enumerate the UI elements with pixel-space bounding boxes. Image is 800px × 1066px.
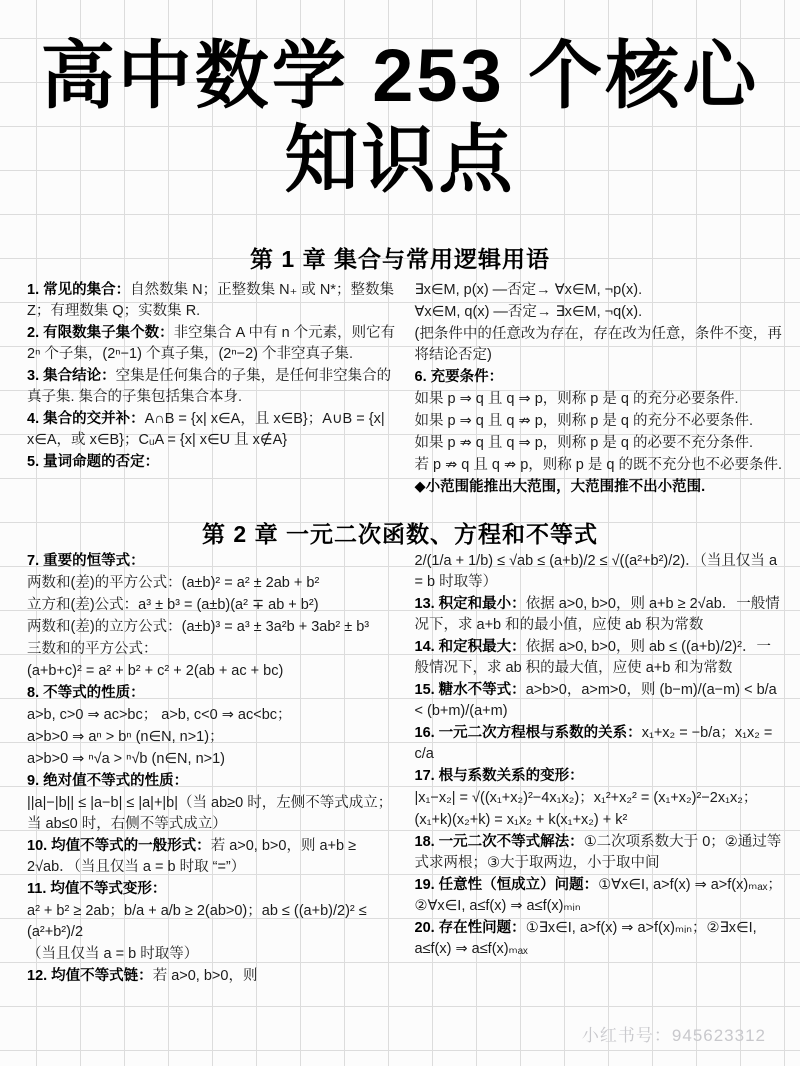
note-item-14: 14. 和定积最大：依据 a>0, b>0，则 ab ≤ ((a+b)/2)²．… (415, 637, 786, 679)
item-text: (把条件中的任意改为存在，存在改为任意，条件不变，再将结论否定) (415, 326, 782, 363)
item-label: 14. 和定积最大： (415, 639, 526, 655)
note-item-19: 19. 任意性（恒成立）问题：①∀x∈I, a>f(x) ⇒ a>f(x)ₘₐₓ… (415, 875, 786, 917)
item-label: 18. 一元二次不等式解法： (415, 834, 584, 850)
item-label: 7. 重要的恒等式： (27, 553, 145, 569)
item-text: a>b, c>0 ⇒ ac>bc； a>b, c<0 ⇒ ac<bc； (27, 707, 292, 723)
note-line-mean-chain: 2/(1/a + 1/b) ≤ √ab ≤ (a+b)/2 ≤ √((a²+b²… (415, 551, 786, 593)
note-item-18: 18. 一元二次不等式解法：①二次项系数大于 0；②通过等式求两根；③大于取两边… (415, 832, 786, 874)
note-item-1: 1. 常见的集合：自然数集 N；正整数集 N₊ 或 N*；整数集 Z；有理数集 … (27, 280, 398, 322)
note-item-20: 20. 存在性问题：①∃x∈I, a>f(x) ⇒ a>f(x)ₘᵢₙ；②∃x∈… (415, 918, 786, 960)
note-line-abs-ineq: ||a|−|b|| ≤ |a−b| ≤ |a|+|b|（当 ab≥0 时，左侧不… (27, 793, 398, 835)
item-label: 15. 糖水不等式： (415, 682, 526, 698)
note-item-9: 9. 绝对值不等式的性质： (27, 771, 398, 792)
note-line-vieta-variant-2: (x₁+k)(x₂+k) = x₁x₂ + k(x₁+x₂) + k² (415, 810, 786, 831)
note-line-mean-ineq-variants: a² + b² ≥ 2ab；b/a + a/b ≥ 2(ab>0)；ab ≤ (… (27, 901, 398, 943)
item-text: 如果 p ⇏ q 且 q ⇒ p，则称 p 是 q 的必要不充分条件. (415, 435, 754, 451)
note-line-negation-exists: ∃x∈M, p(x) —否定→ ∀x∈M, ¬p(x). (415, 280, 786, 301)
chapter1-right-column: ∃x∈M, p(x) —否定→ ∀x∈M, ¬p(x). ∀x∈M, q(x) … (415, 280, 786, 499)
item-text: (a+b+c)² = a² + b² + c² + 2(ab + ac + bc… (27, 663, 283, 679)
note-item-3: 3. 集合结论：空集是任何集合的子集，是任何非空集合的真子集. 集合的子集包括集… (27, 366, 398, 408)
xiaohongshu-id-watermark: 小红书号：945623312 (0, 1021, 766, 1046)
note-item-7: 7. 重要的恒等式： (27, 551, 398, 572)
note-item-5: 5. 量词命题的否定： (27, 452, 398, 473)
item-text: a>b>0 ⇒ aⁿ > bⁿ (n∈N, n>1)； (27, 729, 224, 745)
item-label: 4. 集合的交并补： (27, 411, 145, 427)
note-line-vieta-variant-1: |x₁−x₂| = √((x₁+x₂)²−4x₁x₂)；x₁²+x₂² = (x… (415, 788, 786, 809)
note-item-6: 6. 充要条件： (415, 367, 786, 388)
note-line-condition-1: 如果 p ⇒ q 且 q ⇒ p，则称 p 是 q 的充分必要条件. (415, 389, 786, 410)
item-text: a² + b² ≥ 2ab；b/a + a/b ≥ 2(ab>0)；ab ≤ (… (27, 903, 367, 940)
note-line-square-formula: 两数和(差)的平方公式：(a±b)² = a² ± 2ab + b² (27, 573, 398, 594)
item-label: 5. 量词命题的否定： (27, 454, 159, 470)
note-line-cube-formula: 两数和(差)的立方公式：(a±b)³ = a³ ± 3a²b + 3ab² ± … (27, 617, 398, 638)
note-line-condition-4: 若 p ⇏ q 且 q ⇏ p，则称 p 是 q 的既不充分也不必要条件. (415, 455, 786, 476)
note-item-16: 16. 一元二次方程根与系数的关系：x₁+x₂ = −b/a；x₁x₂ = c/… (415, 723, 786, 765)
chapter1-left-column: 1. 常见的集合：自然数集 N；正整数集 N₊ 或 N*；整数集 Z；有理数集 … (27, 280, 398, 499)
note-line-equality-note: （当且仅当 a = b 时取等） (27, 944, 398, 965)
note-line-cube-sum-formula: 立方和(差)公式：a³ ± b³ = (a±b)(a² ∓ ab + b²) (27, 595, 398, 616)
note-line-three-sum-title: 三数和的平方公式： (27, 639, 398, 660)
note-line-negation-forall: ∀x∈M, q(x) —否定→ ∃x∈M, ¬q(x). (415, 302, 786, 323)
note-item-12: 12. 均值不等式链：若 a>0, b>0，则 (27, 966, 398, 987)
item-label: 16. 一元二次方程根与系数的关系： (415, 725, 642, 741)
item-text: a>b>0 ⇒ ⁿ√a > ⁿ√b (n∈N, n>1) (27, 751, 225, 767)
note-item-15: 15. 糖水不等式：a>b>0，a>m>0，则 (b−m)/(a−m) < b/… (415, 680, 786, 722)
page-title-line-1: 高中数学 253 个核心 (0, 34, 800, 118)
item-label: 19. 任意性（恒成立）问题： (415, 877, 599, 893)
note-line-ineq-prop-2: a>b>0 ⇒ aⁿ > bⁿ (n∈N, n>1)； (27, 727, 398, 748)
item-label: 2. 有限数集子集个数： (27, 325, 174, 341)
item-text: ∀x∈M, q(x) —否定→ ∃x∈M, ¬q(x). (415, 304, 643, 320)
item-label: 12. 均值不等式链： (27, 968, 153, 984)
note-item-2: 2. 有限数集子集个数：非空集合 A 中有 n 个元素，则它有 2ⁿ 个子集，(… (27, 323, 398, 365)
page-title-line-2: 知识点 (0, 118, 800, 202)
item-text: 如果 p ⇒ q 且 q ⇒ p，则称 p 是 q 的充分必要条件. (415, 391, 739, 407)
item-label: 9. 绝对值不等式的性质： (27, 773, 188, 789)
chapter1-content: 1. 常见的集合：自然数集 N；正整数集 N₊ 或 N*；整数集 Z；有理数集 … (27, 280, 785, 499)
note-line-ineq-prop-1: a>b, c>0 ⇒ ac>bc； a>b, c<0 ⇒ ac<bc； (27, 705, 398, 726)
item-label: 6. 充要条件： (415, 369, 504, 385)
item-label: 11. 均值不等式变形： (27, 881, 166, 897)
item-text: 两数和(差)的平方公式：(a±b)² = a² ± 2ab + b² (27, 575, 319, 591)
item-text: （当且仅当 a = b 时取等） (27, 946, 198, 962)
item-label: 17. 根与系数关系的变形： (415, 768, 584, 784)
item-text: ||a|−|b|| ≤ |a−b| ≤ |a|+|b|（当 ab≥0 时，左侧不… (27, 795, 392, 832)
item-text: ∃x∈M, p(x) —否定→ ∀x∈M, ¬p(x). (415, 282, 643, 298)
item-text: 两数和(差)的立方公式：(a±b)³ = a³ ± 3a²b + 3ab² ± … (27, 619, 369, 635)
note-item-17: 17. 根与系数关系的变形： (415, 766, 786, 787)
note-line-negation-note: (把条件中的任意改为存在，存在改为任意，条件不变，再将结论否定) (415, 324, 786, 366)
note-line-condition-2: 如果 p ⇒ q 且 q ⇏ p，则称 p 是 q 的充分不必要条件. (415, 411, 786, 432)
item-text: 如果 p ⇒ q 且 q ⇏ p，则称 p 是 q 的充分不必要条件. (415, 413, 754, 429)
chapter2-right-column: 2/(1/a + 1/b) ≤ √ab ≤ (a+b)/2 ≤ √((a²+b²… (415, 551, 786, 988)
item-label: 13. 积定和最小： (415, 596, 526, 612)
note-item-10: 10. 均值不等式的一般形式：若 a>0, b>0，则 a+b ≥ 2√ab．（… (27, 836, 398, 878)
item-text: 2/(1/a + 1/b) ≤ √ab ≤ (a+b)/2 ≤ √((a²+b²… (415, 553, 778, 590)
item-text: 若 p ⇏ q 且 q ⇏ p，则称 p 是 q 的既不充分也不必要条件. (415, 457, 783, 473)
page-title: 高中数学 253 个核心 知识点 (0, 34, 800, 201)
chapter2-left-column: 7. 重要的恒等式： 两数和(差)的平方公式：(a±b)² = a² ± 2ab… (27, 551, 398, 988)
note-line-condition-3: 如果 p ⇏ q 且 q ⇒ p，则称 p 是 q 的必要不充分条件. (415, 433, 786, 454)
chapter2-content: 7. 重要的恒等式： 两数和(差)的平方公式：(a±b)² = a² ± 2ab… (27, 551, 785, 988)
item-text: |x₁−x₂| = √((x₁+x₂)²−4x₁x₂)；x₁²+x₂² = (x… (415, 790, 758, 806)
item-label: 20. 存在性问题： (415, 920, 526, 936)
chapter2-heading: 第 2 章 一元二次函数、方程和不等式 (0, 516, 800, 549)
item-label: 8. 不等式的性质： (27, 685, 145, 701)
note-line-range-tip: ◆小范围能推出大范围，大范围推不出小范围. (415, 477, 786, 498)
item-text: (x₁+k)(x₂+k) = x₁x₂ + k(x₁+x₂) + k² (415, 812, 628, 828)
note-item-13: 13. 积定和最小：依据 a>0, b>0，则 a+b ≥ 2√ab．一般情况下… (415, 594, 786, 636)
item-label: 3. 集合结论： (27, 368, 116, 384)
note-line-three-sum-formula: (a+b+c)² = a² + b² + c² + 2(ab + ac + bc… (27, 661, 398, 682)
item-label: ◆小范围能推出大范围，大范围推不出小范围. (415, 479, 706, 495)
note-item-11: 11. 均值不等式变形： (27, 879, 398, 900)
note-line-ineq-prop-3: a>b>0 ⇒ ⁿ√a > ⁿ√b (n∈N, n>1) (27, 749, 398, 770)
item-label: 10. 均值不等式的一般形式： (27, 838, 211, 854)
item-text: 三数和的平方公式： (27, 641, 158, 657)
notes-page: 高中数学 253 个核心 知识点 第 1 章 集合与常用逻辑用语 1. 常见的集… (0, 0, 800, 1066)
note-item-8: 8. 不等式的性质： (27, 683, 398, 704)
item-label: 1. 常见的集合： (27, 282, 130, 298)
note-item-4: 4. 集合的交并补：A∩B = {x| x∈A，且 x∈B}；A∪B = {x|… (27, 409, 398, 451)
item-text: 立方和(差)公式：a³ ± b³ = (a±b)(a² ∓ ab + b²) (27, 597, 319, 613)
item-text: 若 a>0, b>0，则 (153, 968, 258, 984)
chapter1-heading: 第 1 章 集合与常用逻辑用语 (0, 241, 800, 274)
